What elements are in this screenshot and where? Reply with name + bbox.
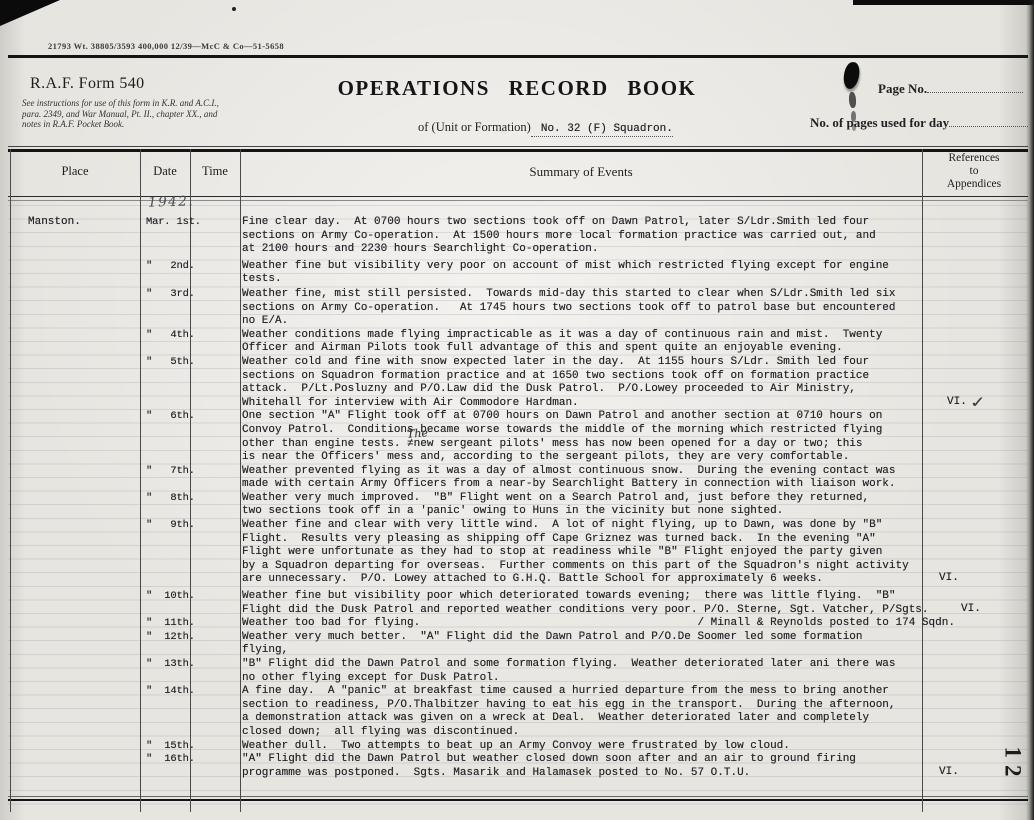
place-cell xyxy=(10,519,142,587)
references-cell: VI.✓ xyxy=(924,356,1030,410)
summary-line: A fine day. A "panic" at breakfast time … xyxy=(242,685,924,699)
place-cell xyxy=(10,465,142,492)
references-cell xyxy=(924,685,1030,739)
table-row: " 6th. One section "A" Flight took off a… xyxy=(10,410,1030,464)
unit-field: of (Unit or Formation) No. 32 (F) Squadr… xyxy=(418,120,658,137)
summary-line: made with certain Army Officers from a n… xyxy=(242,478,924,492)
summary-line: Weather fine but visibility very poor on… xyxy=(242,260,924,274)
instructions-line: para. 2349, and War Manual, Pt. II., cha… xyxy=(22,109,219,120)
date-cell: " 15th. xyxy=(142,740,242,754)
summary-line: at 2100 hours and 2230 hours Searchlight… xyxy=(242,243,924,257)
column-header-date: Date xyxy=(140,164,190,179)
summary-line: Flight did the Dusk Patrol and reported … xyxy=(242,604,924,618)
table-border xyxy=(8,149,1028,152)
page-no-field: Page No. xyxy=(878,80,1023,97)
summary-cell: Weather cold and fine with snow expected… xyxy=(242,356,924,410)
references-cell xyxy=(924,216,1030,257)
place-cell xyxy=(10,410,142,464)
summary-line: Officer and Airman Pilots took full adva… xyxy=(242,342,924,356)
table-row: " 16th. "A" Flight did the Dawn Patrol b… xyxy=(10,753,1030,780)
appendix-reference: VI. xyxy=(939,766,959,780)
appendix-reference: VI. xyxy=(947,396,967,410)
summary-line: "A" Flight did the Dawn Patrol but weath… xyxy=(242,753,924,767)
summary-cell: Fine clear day. At 0700 hours two sectio… xyxy=(242,216,924,257)
table-bottom-border xyxy=(8,796,1028,797)
summary-cell: Weather dull. Two attempts to beat up an… xyxy=(242,740,924,754)
place-cell: Manston. xyxy=(10,216,142,257)
appendix-reference: VI. xyxy=(961,603,981,617)
summary-line: Weather dull. Two attempts to beat up an… xyxy=(242,740,924,754)
summary-cell: One section "A" Flight took off at 0700 … xyxy=(242,410,924,464)
references-cell xyxy=(924,631,1030,658)
references-cell xyxy=(924,288,1030,329)
summary-cell: A fine day. A "panic" at breakfast time … xyxy=(242,685,924,739)
date-cell: " 4th. xyxy=(142,329,242,356)
summary-line: Weather prevented flying as it was a day… xyxy=(242,465,924,479)
summary-line: "B" Flight did the Dawn Patrol and some … xyxy=(242,658,924,672)
date-cell: " 3rd. xyxy=(142,288,242,329)
table-row: " 4th. Weather conditions made flying im… xyxy=(10,329,1030,356)
summary-cell: Weather fine but visibility poor which d… xyxy=(242,590,924,617)
unit-value: No. 32 (F) Squadron. xyxy=(531,123,673,137)
table-row: " 11th. Weather too bad for flying. / Mi… xyxy=(10,617,1030,631)
table-row: " 15th. Weather dull. Two attempts to be… xyxy=(10,740,1030,754)
summary-line: Weather fine, mist still persisted. Towa… xyxy=(242,288,924,302)
summary-line: flying, xyxy=(242,644,924,658)
references-cell: VI. xyxy=(924,590,1030,617)
summary-cell: Weather fine, mist still persisted. Towa… xyxy=(242,288,924,329)
table-row: " 2nd. Weather fine but visibility very … xyxy=(10,260,1030,287)
summary-line: tests. xyxy=(242,273,924,287)
pages-used-blank xyxy=(949,114,1028,127)
table-row: " 8th. Weather very much improved. "B" F… xyxy=(10,492,1030,519)
summary-line: One section "A" Flight took off at 0700 … xyxy=(242,410,924,424)
top-rule xyxy=(8,55,1028,58)
summary-line: Whitehall for interview with Air Commodo… xyxy=(242,397,924,411)
pages-used-label: No. of pages used for day xyxy=(810,115,949,131)
table-row: " 12th. Weather very much better. "A" Fl… xyxy=(10,631,1030,658)
summary-cell: Weather very much improved. "B" Flight w… xyxy=(242,492,924,519)
place-cell xyxy=(10,617,142,631)
appendix-reference: VI. xyxy=(939,572,959,586)
summary-line: Flight were unfortunate as they had to s… xyxy=(242,546,924,560)
summary-line: two sections took off in a 'panic' owing… xyxy=(242,505,924,519)
references-cell xyxy=(924,465,1030,492)
place-cell xyxy=(10,590,142,617)
summary-cell: Weather too bad for flying. / Minall & R… xyxy=(242,617,924,631)
table-body: Manston. Mar. 1st. Fine clear day. At 07… xyxy=(10,216,1030,780)
place-cell xyxy=(10,260,142,287)
summary-cell: "A" Flight did the Dawn Patrol but weath… xyxy=(242,753,924,780)
references-cell xyxy=(924,329,1030,356)
date-cell: " 12th. xyxy=(142,631,242,658)
summary-line: by a Squadron departing for overseas. Fu… xyxy=(242,560,924,574)
references-header-line: References xyxy=(922,152,1026,165)
place-cell xyxy=(10,288,142,329)
page-no-label: Page No. xyxy=(878,81,927,97)
date-cell: " 5th. xyxy=(142,356,242,410)
place-cell xyxy=(10,685,142,739)
place-cell xyxy=(10,631,142,658)
summary-line: closed down; all flying was discontinued… xyxy=(242,726,924,740)
summary-line: programme was postponed. Sgts. Masarik a… xyxy=(242,767,924,781)
date-cell: " 11th. xyxy=(142,617,242,631)
instructions-line: notes in R.A.F. Pocket Book. xyxy=(22,119,219,130)
summary-line: Convoy Patrol. Conditions became worse t… xyxy=(242,424,924,438)
date-cell: " 9th. xyxy=(142,519,242,587)
table-bottom-border xyxy=(8,799,1028,801)
table-border xyxy=(8,146,1028,147)
column-header-references: References to Appendices xyxy=(922,152,1026,191)
date-cell: " 14th. xyxy=(142,685,242,739)
summary-line: Weather fine but visibility poor which d… xyxy=(242,590,924,604)
summary-cell: Weather very much better. "A" Flight did… xyxy=(242,631,924,658)
unit-label: of (Unit or Formation) xyxy=(418,120,531,135)
references-cell: VI. xyxy=(924,519,1030,587)
scan-speck xyxy=(232,7,236,11)
place-cell xyxy=(10,492,142,519)
summary-line: Flight. Results very pleasing as shippin… xyxy=(242,533,924,547)
scanned-page: 21793 Wt. 38805/3593 400,000 12/39—McC &… xyxy=(0,0,1034,820)
summary-line: sections on Army Co-operation. At 1745 h… xyxy=(242,302,924,316)
summary-cell: Weather fine and clear with very little … xyxy=(242,519,924,587)
table-row: " 10th. Weather fine but visibility poor… xyxy=(10,590,1030,617)
references-header-line: Appendices xyxy=(922,178,1026,191)
summary-cell: Weather prevented flying as it was a day… xyxy=(242,465,924,492)
date-cell: " 6th. xyxy=(142,410,242,464)
summary-cell: Weather fine but visibility very poor on… xyxy=(242,260,924,287)
place-cell xyxy=(10,356,142,410)
handwritten-check-mark: ✓ xyxy=(970,397,985,410)
pages-used-field: No. of pages used for day xyxy=(810,114,1028,131)
references-cell xyxy=(924,492,1030,519)
table-row: " 3rd. Weather fine, mist still persiste… xyxy=(10,288,1030,329)
table-row: " 14th. A fine day. A "panic" at breakfa… xyxy=(10,685,1030,739)
page-number-stamp: 12 xyxy=(1000,747,1026,784)
handwritten-insertion: The xyxy=(407,426,429,440)
summary-cell: Weather conditions made flying impractic… xyxy=(242,329,924,356)
table-row: " 9th. Weather fine and clear with very … xyxy=(10,519,1030,587)
table-row: " 5th. Weather cold and fine with snow e… xyxy=(10,356,1030,410)
summary-line: other than engine tests. ≠new sergeant p… xyxy=(242,438,924,452)
summary-line: no E/A. xyxy=(242,315,924,329)
summary-line: no other flying except for Dusk Patrol. xyxy=(242,672,924,686)
scan-corner-shadow xyxy=(0,0,60,26)
summary-line: Weather very much improved. "B" Flight w… xyxy=(242,492,924,506)
summary-line: sections on Squadron formation practice … xyxy=(242,370,924,384)
place-cell xyxy=(10,740,142,754)
table-row: " 13th. "B" Flight did the Dawn Patrol a… xyxy=(10,658,1030,685)
summary-line: Fine clear day. At 0700 hours two sectio… xyxy=(242,216,924,230)
date-cell: Mar. 1st. xyxy=(142,216,242,257)
summary-line: is near the Officers' mess and, accordin… xyxy=(242,451,924,465)
summary-cell: "B" Flight did the Dawn Patrol and some … xyxy=(242,658,924,685)
references-cell xyxy=(924,658,1030,685)
references-cell xyxy=(924,410,1030,464)
place-cell xyxy=(10,753,142,780)
column-header-place: Place xyxy=(10,164,140,179)
table-row: " 7th. Weather prevented flying as it wa… xyxy=(10,465,1030,492)
summary-line: Weather cold and fine with snow expected… xyxy=(242,356,924,370)
summary-line: are unnecessary. P/O. Lowey attached to … xyxy=(242,573,924,587)
handwritten-year: 1942. xyxy=(148,193,195,210)
column-header-time: Time xyxy=(190,164,240,179)
scan-top-edge xyxy=(853,0,1034,5)
references-header-line: to xyxy=(922,165,1026,178)
printer-code: 21793 Wt. 38805/3593 400,000 12/39—McC &… xyxy=(48,41,284,51)
date-cell: " 10th. xyxy=(142,590,242,617)
summary-line: sections on Army Co-operation. At 1500 h… xyxy=(242,230,924,244)
date-cell: " 13th. xyxy=(142,658,242,685)
place-cell xyxy=(10,658,142,685)
place-cell xyxy=(10,329,142,356)
form-instructions: See instructions for use of this form in… xyxy=(22,98,219,130)
page-no-blank xyxy=(927,80,1023,93)
date-cell: " 2nd. xyxy=(142,260,242,287)
date-cell: " 16th. xyxy=(142,753,242,780)
summary-line: section to readiness, P/O.Thalbitzer hav… xyxy=(242,699,924,713)
date-cell: " 7th. xyxy=(142,465,242,492)
column-header-summary: Summary of Events xyxy=(240,164,922,180)
table-row: Manston. Mar. 1st. Fine clear day. At 07… xyxy=(10,216,1030,257)
summary-line: Weather too bad for flying. / Minall & R… xyxy=(242,617,924,631)
summary-line: Weather fine and clear with very little … xyxy=(242,519,924,533)
summary-line: Weather conditions made flying impractic… xyxy=(242,329,924,343)
summary-line: attack. P/Lt.Posluzny and P/O.Law did th… xyxy=(242,383,924,397)
summary-line: Weather very much better. "A" Flight did… xyxy=(242,631,924,645)
summary-line: a demonstration attack was given on a wr… xyxy=(242,712,924,726)
references-cell xyxy=(924,260,1030,287)
date-cell: " 8th. xyxy=(142,492,242,519)
